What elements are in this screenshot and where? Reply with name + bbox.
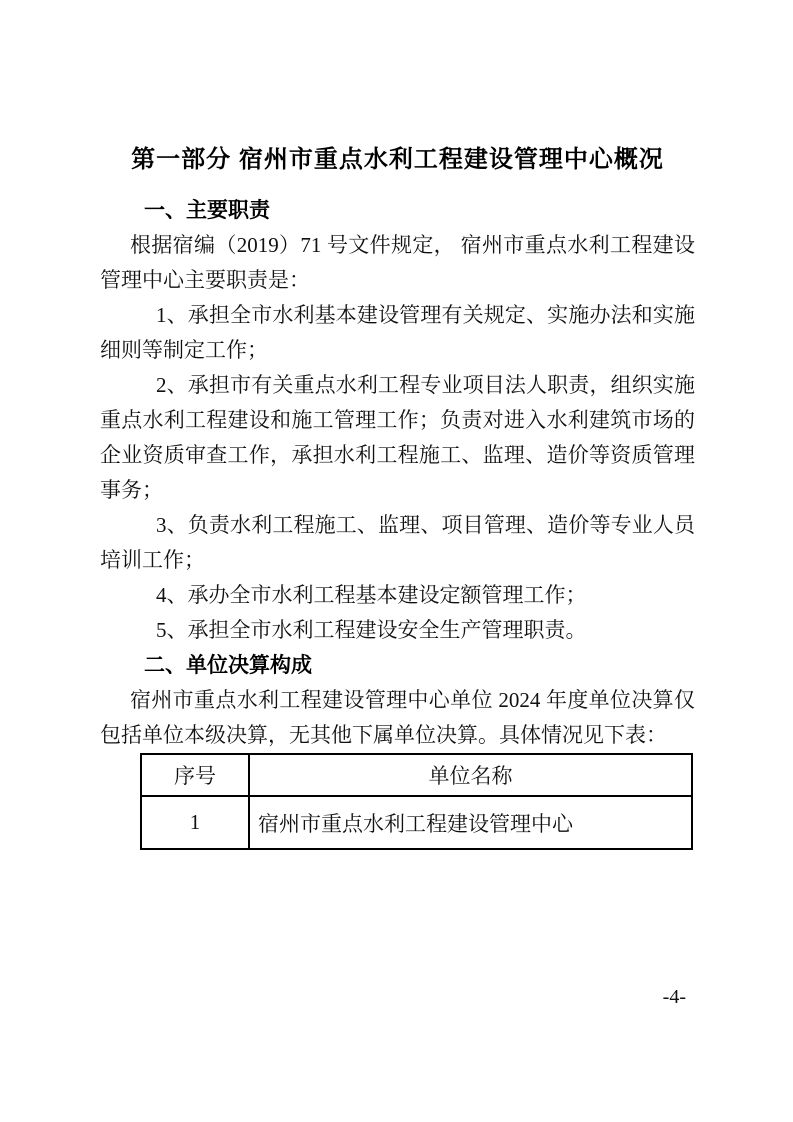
section-1-heading: 一、主要职责 bbox=[100, 193, 695, 228]
duty-item-3: 3、负责水利工程施工、监理、项目管理、造价等专业人员培训工作； bbox=[100, 508, 695, 578]
section-2-heading: 二、单位决算构成 bbox=[100, 648, 695, 683]
duty-item-5: 5、承担全市水利工程建设安全生产管理职责。 bbox=[100, 613, 695, 648]
table-cell-seq: 1 bbox=[141, 796, 249, 849]
duty-item-4: 4、承办全市水利工程基本建设定额管理工作； bbox=[100, 578, 695, 613]
document-title: 第一部分 宿州市重点水利工程建设管理中心概况 bbox=[100, 145, 695, 175]
table-header-unit-name: 单位名称 bbox=[249, 754, 692, 796]
unit-composition-table: 序号 单位名称 1 宿州市重点水利工程建设管理中心 bbox=[140, 753, 693, 850]
section-2-intro-paragraph: 宿州市重点水利工程建设管理中心单位 2024 年度单位决算仅包括单位本级决算，无… bbox=[100, 683, 695, 753]
duty-item-1: 1、承担全市水利基本建设管理有关规定、实施办法和实施细则等制定工作； bbox=[100, 298, 695, 368]
table-header-seq: 序号 bbox=[141, 754, 249, 796]
section-1-intro-paragraph: 根据宿编（2019）71 号文件规定， 宿州市重点水利工程建设管理中心主要职责是… bbox=[100, 228, 695, 298]
table-cell-unit-name: 宿州市重点水利工程建设管理中心 bbox=[249, 796, 692, 849]
table-row: 1 宿州市重点水利工程建设管理中心 bbox=[141, 796, 692, 849]
document-page: 第一部分 宿州市重点水利工程建设管理中心概况 一、主要职责 根据宿编（2019）… bbox=[0, 0, 793, 1122]
duty-item-2: 2、承担市有关重点水利工程专业项目法人职责，组织实施重点水利工程建设和施工管理工… bbox=[100, 368, 695, 508]
table-header-row: 序号 单位名称 bbox=[141, 754, 692, 796]
page-number: -4- bbox=[663, 986, 686, 1009]
